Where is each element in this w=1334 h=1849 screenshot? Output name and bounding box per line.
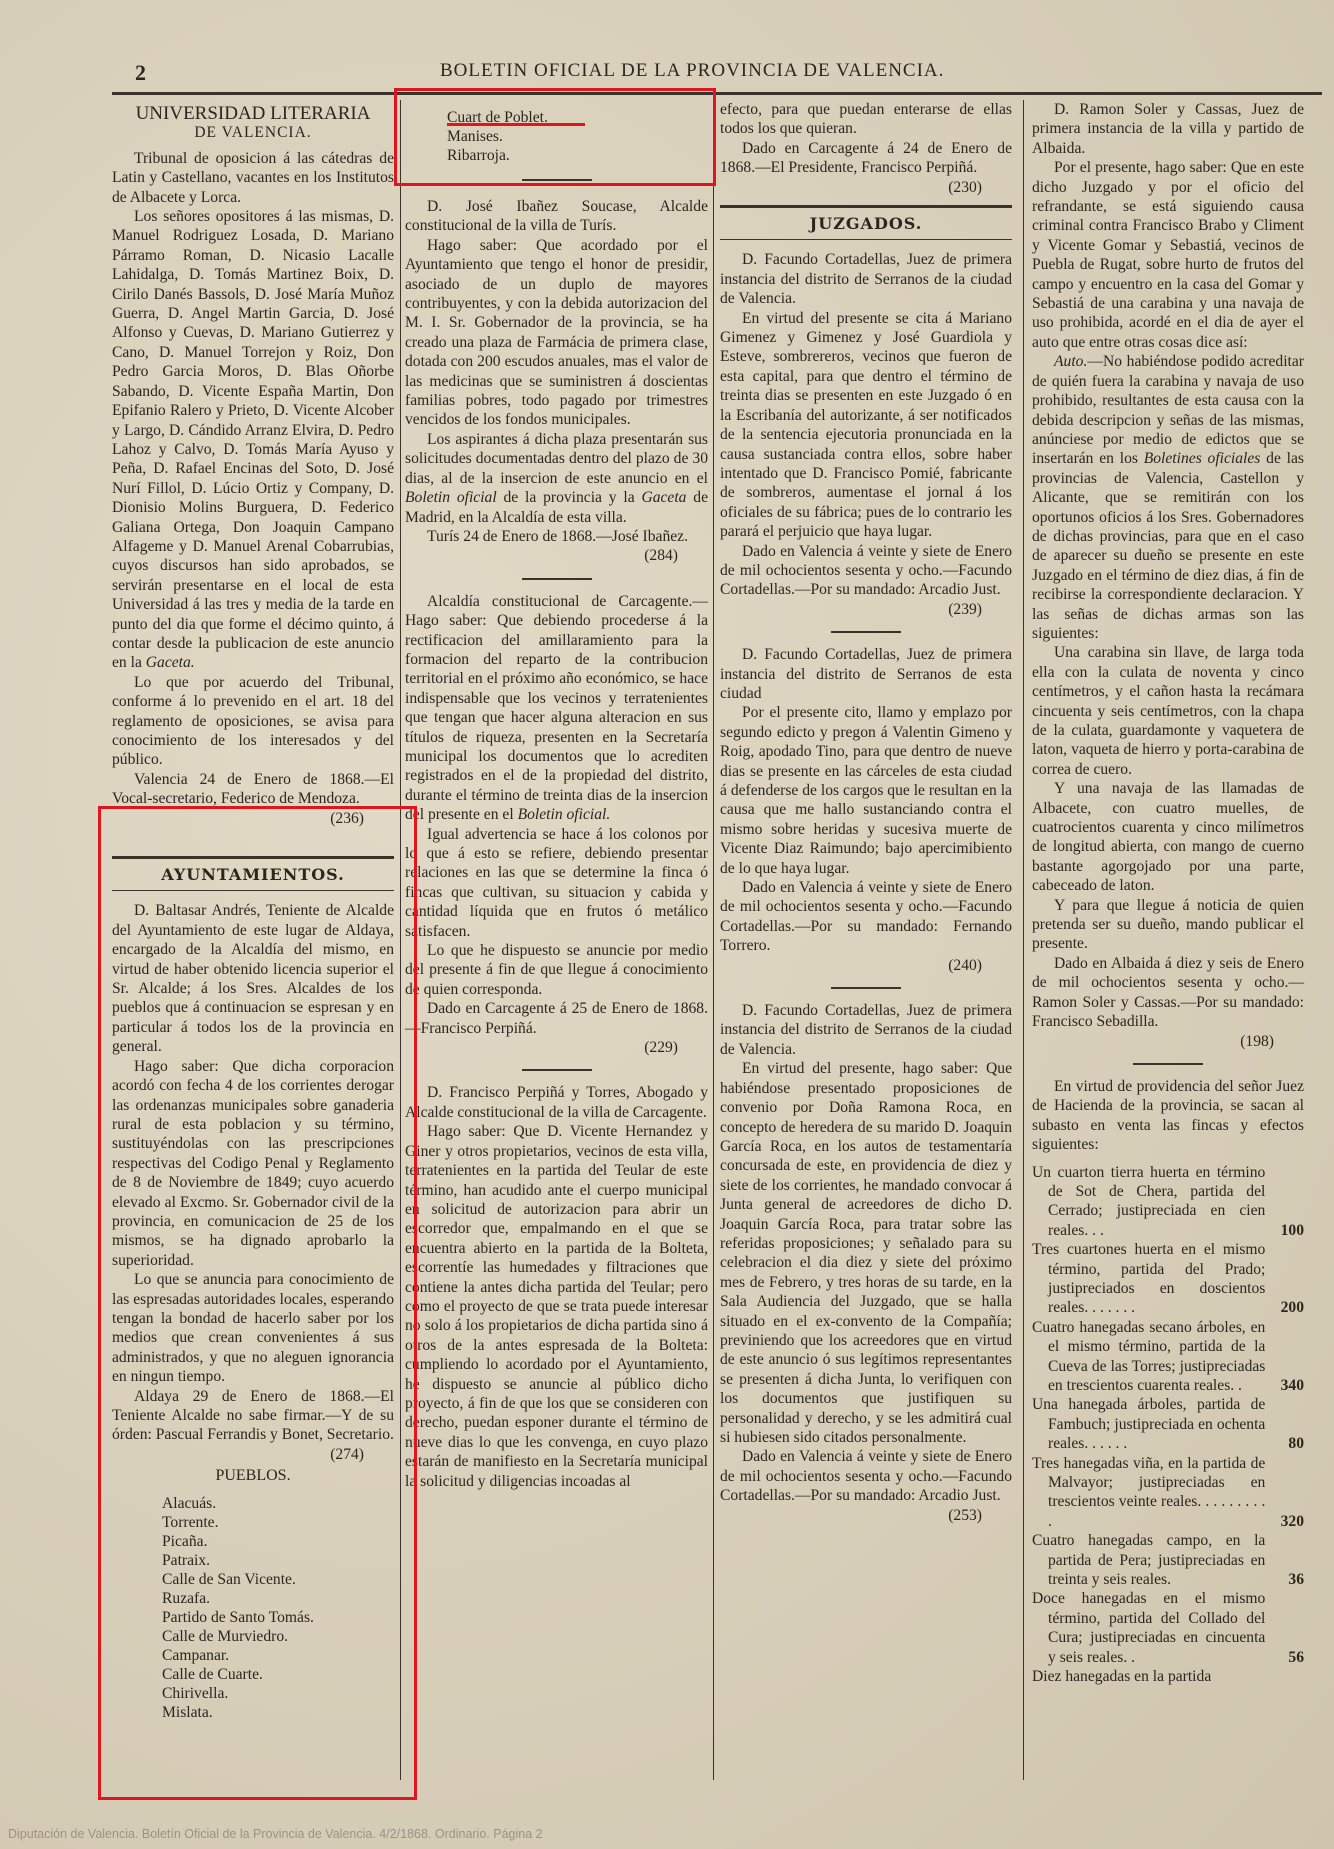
masthead-title: BOLETIN OFICIAL DE LA PROVINCIA DE VALEN… [440,60,944,82]
separator [831,987,901,989]
auction-item: Cuatro hanegadas campo, en la partida de… [1032,1531,1304,1589]
column-2: Cuart de Poblet. Manises. Ribarroja. D. … [405,108,708,1491]
paragraph: Alcaldía constitucional de Carcagente.—H… [405,592,708,825]
paragraph: Dado en Valencia á veinte y siete de Ene… [720,878,1012,956]
paragraph: Una carabina sin llave, de larga toda el… [1032,643,1304,779]
separator [831,631,901,633]
carcagente-notice-2-continued: efecto, para que puedan enterarse de ell… [720,100,1012,197]
auction-item: Tres cuartones huerta en el mismo términ… [1032,1240,1304,1318]
paragraph: Dado en Albaida á diez y seis de Enero d… [1032,954,1304,1032]
subasta-notice: En virtud de providencia del señor Juez … [1032,1077,1304,1687]
column-4: D. Ramon Soler y Cassas, Juez de primera… [1032,100,1304,1687]
edicto-253: D. Facundo Cortadellas, Juez de primera … [720,1001,1012,1525]
paragraph: Lo que he dispuesto se anuncie por medio… [405,941,708,999]
notice-subtitle: DE VALENCIA. [112,123,394,142]
paragraph: Hago saber: Que D. Vicente Hernandez y G… [405,1122,708,1491]
column-divider [713,100,714,1780]
universidad-notice: UNIVERSIDAD LITERARIA DE VALENCIA. Tribu… [112,104,394,828]
edicto-198: D. Ramon Soler y Cassas, Juez de primera… [1032,100,1304,1051]
paragraph: Los aspirantes á dicha plaza presentarán… [405,430,708,527]
page-number: 2 [135,60,146,86]
reference-number: (198) [1032,1032,1304,1051]
paragraph: Valencia 24 de Enero de 1868.—El Vocal-s… [112,770,394,809]
paragraph: Dado en Valencia á veinte y siete de Ene… [720,1447,1012,1505]
notice-title: UNIVERSIDAD LITERARIA [112,104,394,123]
auction-item: Diez hanegadas en la partida [1032,1667,1304,1686]
separator [1133,1063,1203,1065]
paragraph: Dado en Carcagente á 25 de Enero de 1868… [405,999,708,1038]
paragraph: D. Facundo Cortadellas, Juez de primera … [720,1001,1012,1059]
turis-notice: D. José Ibañez Soucase, Alcalde constitu… [405,197,708,566]
reference-number: (253) [720,1506,1012,1525]
paragraph: En virtud del presente se cita á Mariano… [720,309,1012,542]
paragraph: En virtud de providencia del señor Juez … [1032,1077,1304,1155]
carcagente-notice-2: D. Francisco Perpiñá y Torres, Abogado y… [405,1083,708,1491]
paragraph: Auto.—No habiéndose podido acreditar de … [1032,352,1304,643]
paragraph: D. Facundo Cortadellas, Juez de primera … [720,645,1012,703]
paragraph: Lo que por acuerdo del Tribunal, conform… [112,673,394,770]
section-title: JUZGADOS. [720,214,1012,233]
paragraph: D. Facundo Cortadellas, Juez de primera … [720,250,1012,308]
separator [522,578,592,580]
section-rule [720,239,1012,240]
paragraph: Dado en Carcagente á 24 de Enero de 1868… [720,139,1012,178]
highlight-box-cuart-de-poblet [394,88,716,186]
reference-number: (284) [405,546,708,565]
edicto-240: D. Facundo Cortadellas, Juez de primera … [720,645,1012,975]
reference-number: (239) [720,600,1012,619]
column-divider [1023,100,1024,1780]
auction-item: Un cuarton tierra huerta en término de S… [1032,1163,1304,1241]
paragraph: Y una navaja de las llamadas de Albacete… [1032,779,1304,895]
highlight-box-ayuntamientos [98,806,417,1800]
paragraph: Por el presente cito, llamo y emplazo po… [720,703,1012,878]
paragraph: Igual advertencia se hace á los colonos … [405,825,708,941]
reference-number: (230) [720,178,1012,197]
paragraph: Hago saber: Que acordado por el Ayuntami… [405,236,708,430]
reference-number: (229) [405,1038,708,1057]
reference-number: (240) [720,956,1012,975]
edicto-239: D. Facundo Cortadellas, Juez de primera … [720,250,1012,619]
auction-item: Tres hanegadas viña, en la partida de Ma… [1032,1454,1304,1532]
paragraph: D. Ramon Soler y Cassas, Juez de primera… [1032,100,1304,158]
separator [522,1069,592,1071]
carcagente-notice-1: Alcaldía constitucional de Carcagente.—H… [405,592,708,1058]
paragraph: En virtud del presente, hago saber: Que … [720,1059,1012,1447]
paragraph: Los señores opositores á las mismas, D. … [112,207,394,673]
section-rule [720,205,1012,208]
footer-citation: Diputación de Valencia. Boletín Oficial … [8,1827,543,1841]
paragraph: D. Francisco Perpiñá y Torres, Abogado y… [405,1083,708,1122]
underline-cuart-de-poblet [447,123,585,126]
paragraph: efecto, para que puedan enterarse de ell… [720,100,1012,139]
paragraph: Y para que llegue á noticia de quien pre… [1032,896,1304,954]
paragraph: Dado en Valencia á veinte y siete de Ene… [720,542,1012,600]
paragraph: Turís 24 de Enero de 1868.—José Ibañez. [405,527,708,546]
auction-item: Una hanegada árboles, partida de Fambuch… [1032,1395,1304,1453]
auction-item: Cuatro hanegadas secano árboles, en el m… [1032,1318,1304,1396]
paragraph: Tribunal de oposicion á las cátedras de … [112,149,394,207]
paragraph: D. José Ibañez Soucase, Alcalde constitu… [405,197,708,236]
column-3: efecto, para que puedan enterarse de ell… [720,100,1012,1525]
header-rule [112,92,1322,95]
auction-item: Doce hanegadas en el mismo término, part… [1032,1589,1304,1667]
paragraph: Por el presente, hago saber: Que en este… [1032,158,1304,352]
